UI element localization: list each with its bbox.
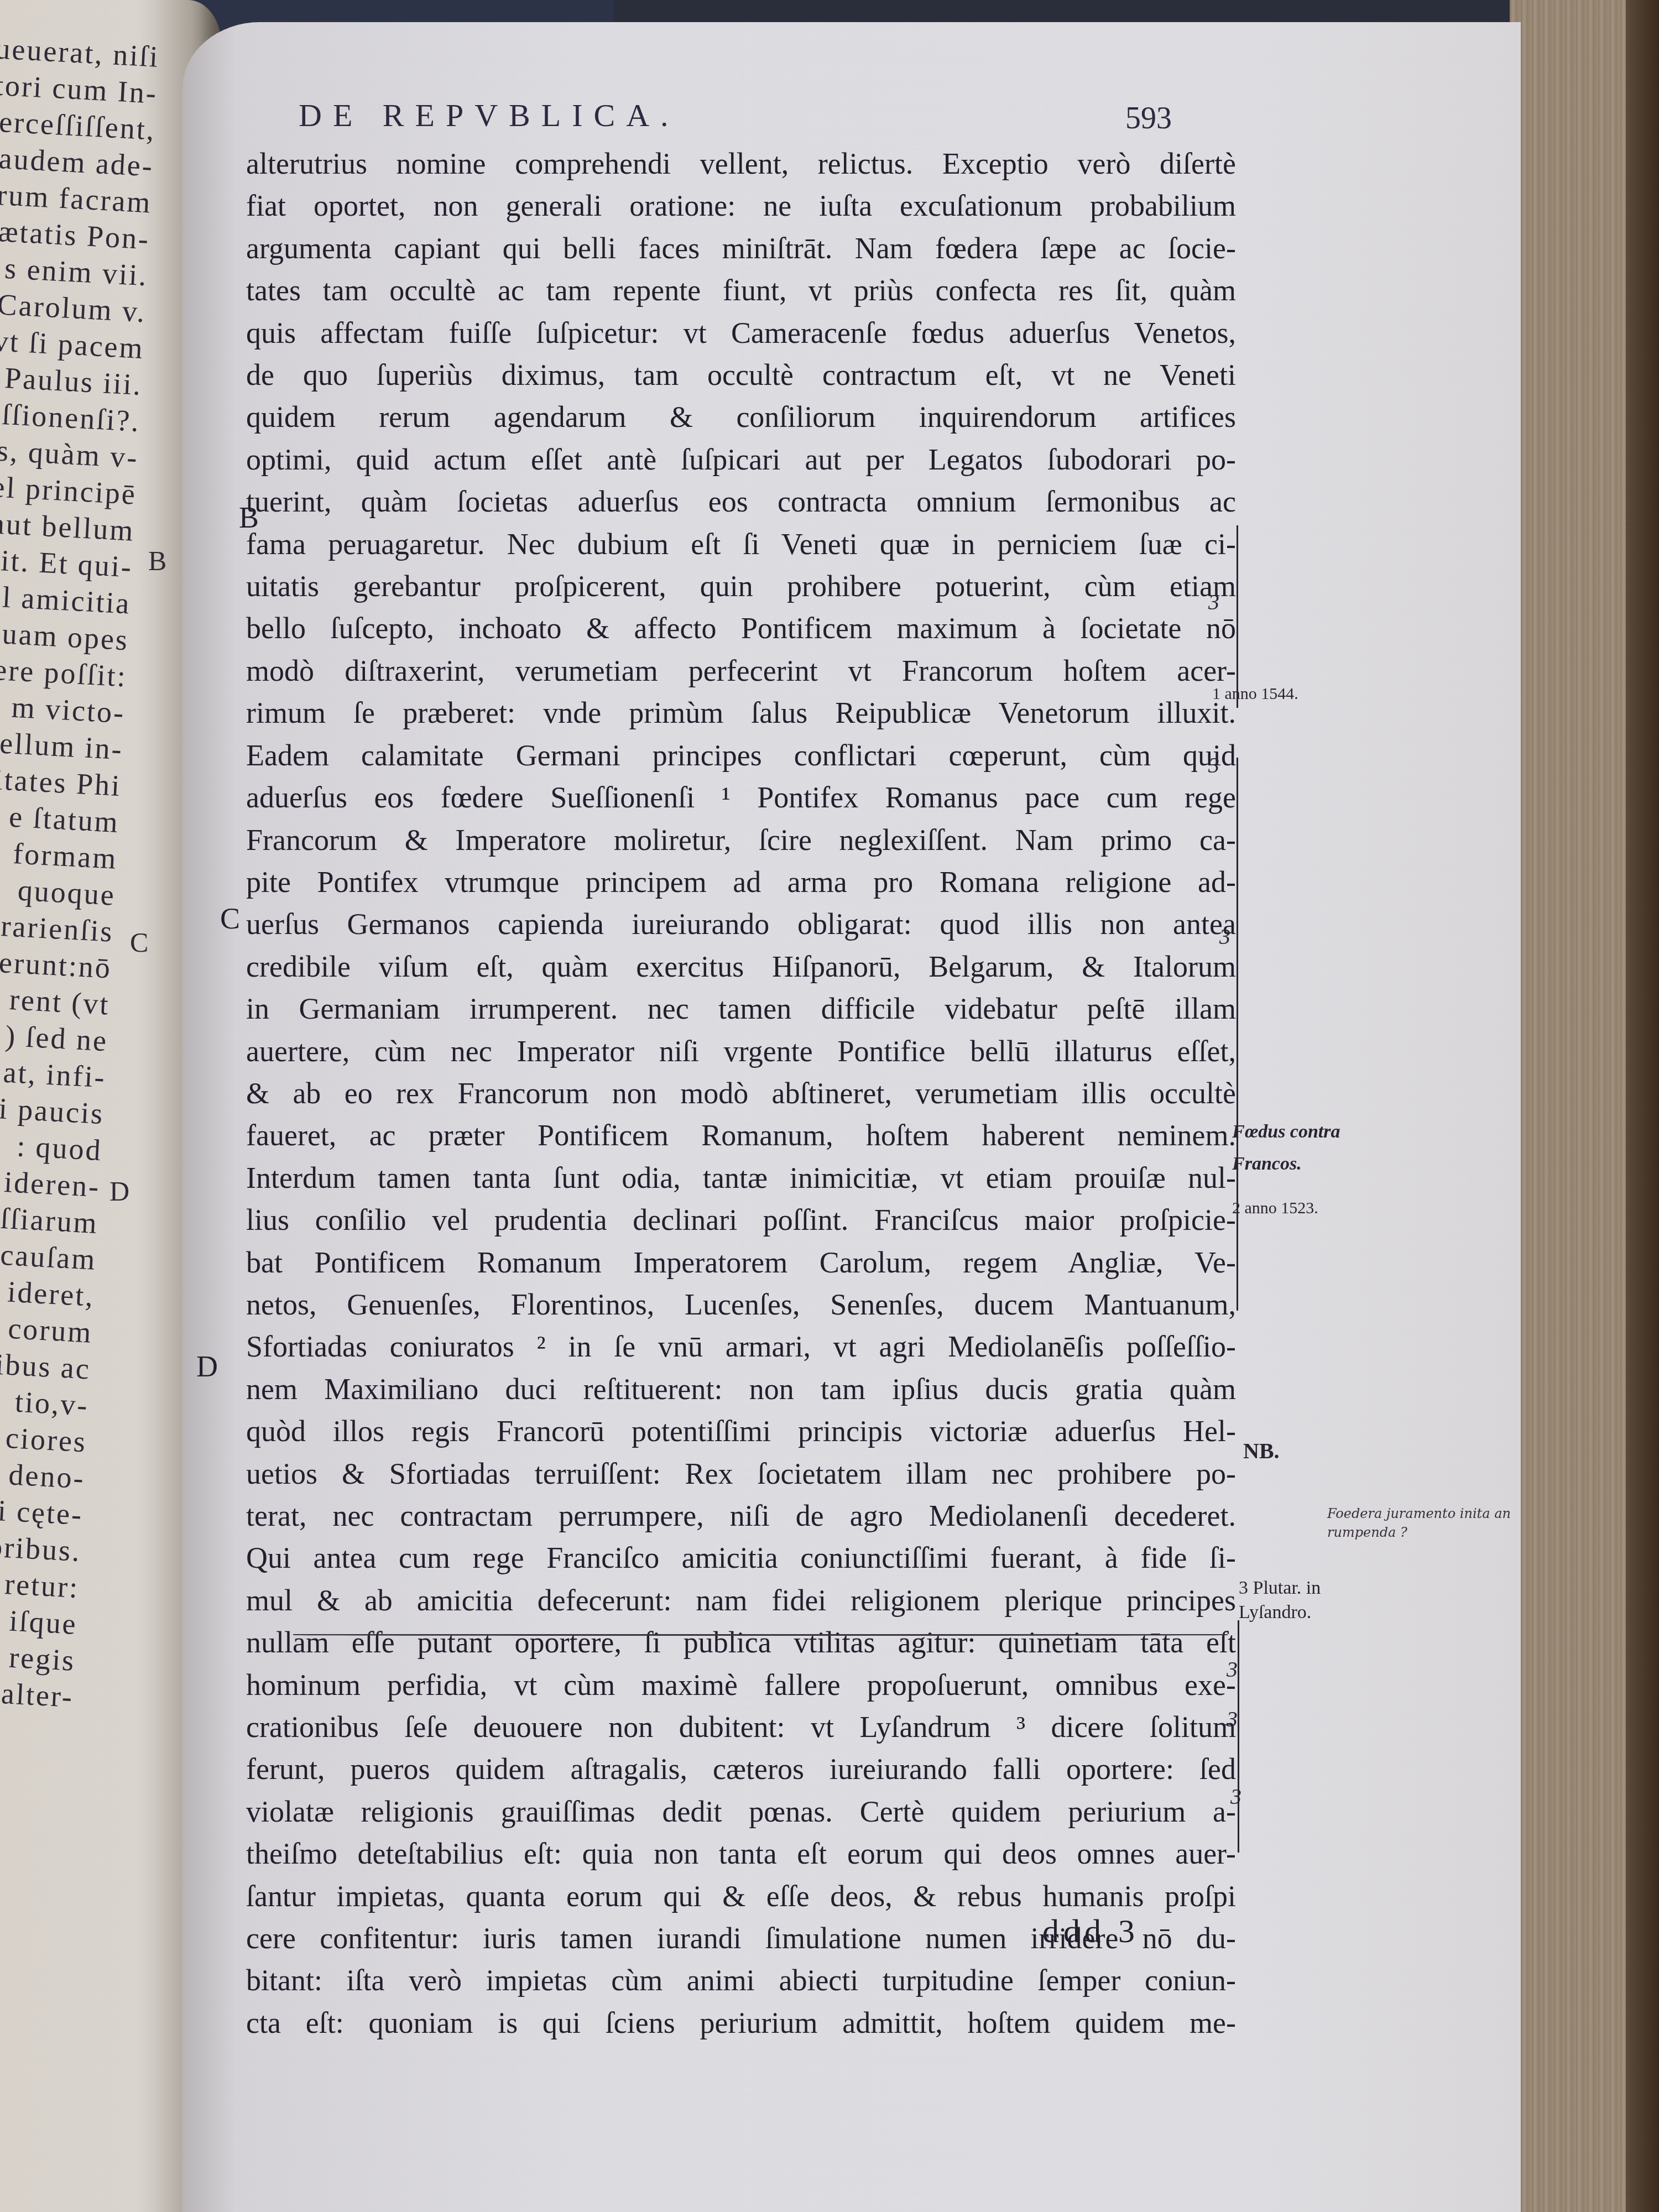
text-line: violatæ religionis grauiſſimas dedit pœn… [246,1791,1236,1833]
text-line: Interdum tamen tanta ſunt odia, tantæ in… [246,1157,1236,1199]
handwritten-bracket [1233,1620,1239,1853]
text-line: in Germaniam irrumperent. nec tamen diff… [246,988,1236,1030]
text-line: uetios & Sfortiadas terruiſſent: Rex ſoc… [246,1453,1236,1495]
text-line: terat, nec contractam perrumpere, niſi d… [246,1495,1236,1537]
handwritten-marginal-note: Foedera juramento inita an rumpenda ? [1327,1504,1548,1542]
marginal-note-2: 2 anno 1523. [1232,1199,1318,1218]
text-line: Qui antea cum rege Franciſco amicitia co… [246,1537,1236,1579]
text-line: quòd illos regis Francorū potentiſſimi p… [246,1410,1236,1452]
text-line: quis affectam fuiſſe ſuſpicetur: vt Came… [246,312,1236,354]
text-line: uerſus Germanos capienda iureiurando obl… [246,903,1236,945]
text-line: fiat oportet, non generali oratione: ne … [246,185,1236,227]
text-line: faueret, ac præter Pontificem Romanum, h… [246,1114,1236,1156]
text-line: crationibus ſeſe deuouere non dubitent: … [246,1706,1236,1748]
text-line: Francorum & Imperatore moliretur, ſcire … [246,819,1236,861]
recto-body-text: alterutrius nomine comprehendi vellent, … [246,143,1236,2044]
bracket-mark: 3 [1208,752,1219,778]
text-line: ſantur impietas, quanta eorum qui & eſſe… [246,1875,1236,1917]
page-number: 593 [1125,101,1172,136]
text-line: rimum ſe præberet: vnde primùm ſalus Rei… [246,692,1236,734]
recto-section-letter-d: D [196,1349,218,1384]
text-line: optimi, quid actum eſſet antè ſuſpicari … [246,439,1236,481]
text-line: nem Maximiliano duci reſtituerent: non t… [246,1368,1236,1410]
text-line: credibile viſum eſt, quàm exercitus Hiſp… [246,946,1236,988]
bracket-mark: 3 [1227,1706,1238,1732]
text-line: de quo ſuperiùs diximus, tam occultè con… [246,354,1236,396]
bracket-mark: 3 [1208,589,1219,615]
text-line: bello ſuſcepto, inchoato & affecto Ponti… [246,607,1236,649]
nota-bene-mark: NB. [1243,1438,1280,1464]
bracket-mark: 3 [1227,1656,1238,1682]
marginal-note-3: 3 Plutar. in Lyſandro. [1239,1576,1366,1625]
handwritten-underline [293,1634,1228,1636]
verso-section-letter-d: D [109,1175,129,1207]
text-line: mul & ab amicitia defecerunt: nam fidei … [246,1579,1236,1621]
text-line: Eadem calamitate Germani principes confl… [246,734,1236,776]
text-line: bat Pontificem Romanum Imperatorem Carol… [246,1241,1236,1284]
text-line: netos, Genuenſes, Florentinos, Lucenſes,… [246,1284,1236,1326]
text-line: fama peruagaretur. Nec dubium eſt ſi Ven… [246,523,1236,565]
text-line: cta eſt: quoniam is qui ſciens periurium… [246,2002,1236,2044]
text-line: Sfortiadas coniuratos ² in ſe vnū armari… [246,1326,1236,1368]
verso-text: ueuerat, niſi tori cum In- cerceſſiſſent… [0,29,160,1715]
text-line: nullam eſſe putant oportere, ſi publica … [246,1621,1236,1663]
text-line: bitant: iſta verò impietas cùm animi abi… [246,1959,1236,2001]
text-line: pite Pontifex vtrumque principem ad arma… [246,861,1236,903]
text-line: auertere, cùm nec Imperator niſi vrgente… [246,1030,1236,1072]
running-head: DE REPVBLICA. [299,97,1183,134]
recto-section-letter-b: B [239,500,259,535]
marginal-note-1: 1 anno 1544. [1212,685,1298,703]
text-line: ferunt, pueros quidem aſtragalis, cætero… [246,1748,1236,1790]
text-line: & ab eo rex Francorum non modò abſtinere… [246,1072,1236,1114]
text-line: uitatis gerebantur proſpicerent, quin pr… [246,565,1236,607]
bracket-mark: 3 [1230,1783,1241,1809]
text-line: modò diſtraxerint, verumetiam perfecerin… [246,650,1236,692]
text-line: tuerint, quàm ſocietas aduerſus eos cont… [246,481,1236,523]
text-line: alterutrius nomine comprehendi vellent, … [246,143,1236,185]
text-line: hominum perfidia, vt cùm maximè fallere … [246,1664,1236,1706]
handwritten-bracket [1232,758,1238,1311]
book-page-edges [1510,0,1659,2212]
bracket-mark: 3 [1219,924,1230,950]
handwritten-bracket [1232,525,1238,708]
text-line: quidem rerum agendarum & conſiliorum inq… [246,396,1236,438]
text-line: tates tam occultè ac tam repente fiunt, … [246,269,1236,311]
text-line: theiſmo deteſtabilius eſt: quia non tant… [246,1833,1236,1875]
signature-mark: ddd 3 [1042,1912,1139,1950]
text-line: aduerſus eos fœdere Sueſſionenſi ¹ Ponti… [246,776,1236,818]
recto-section-letter-c: C [220,901,240,936]
marginal-heading: Fœdus contra Francos. [1232,1116,1376,1180]
text-line: lius conſilio vel prudentia declinari po… [246,1199,1236,1241]
text-line: argumenta capiant qui belli faces miniſt… [246,227,1236,269]
